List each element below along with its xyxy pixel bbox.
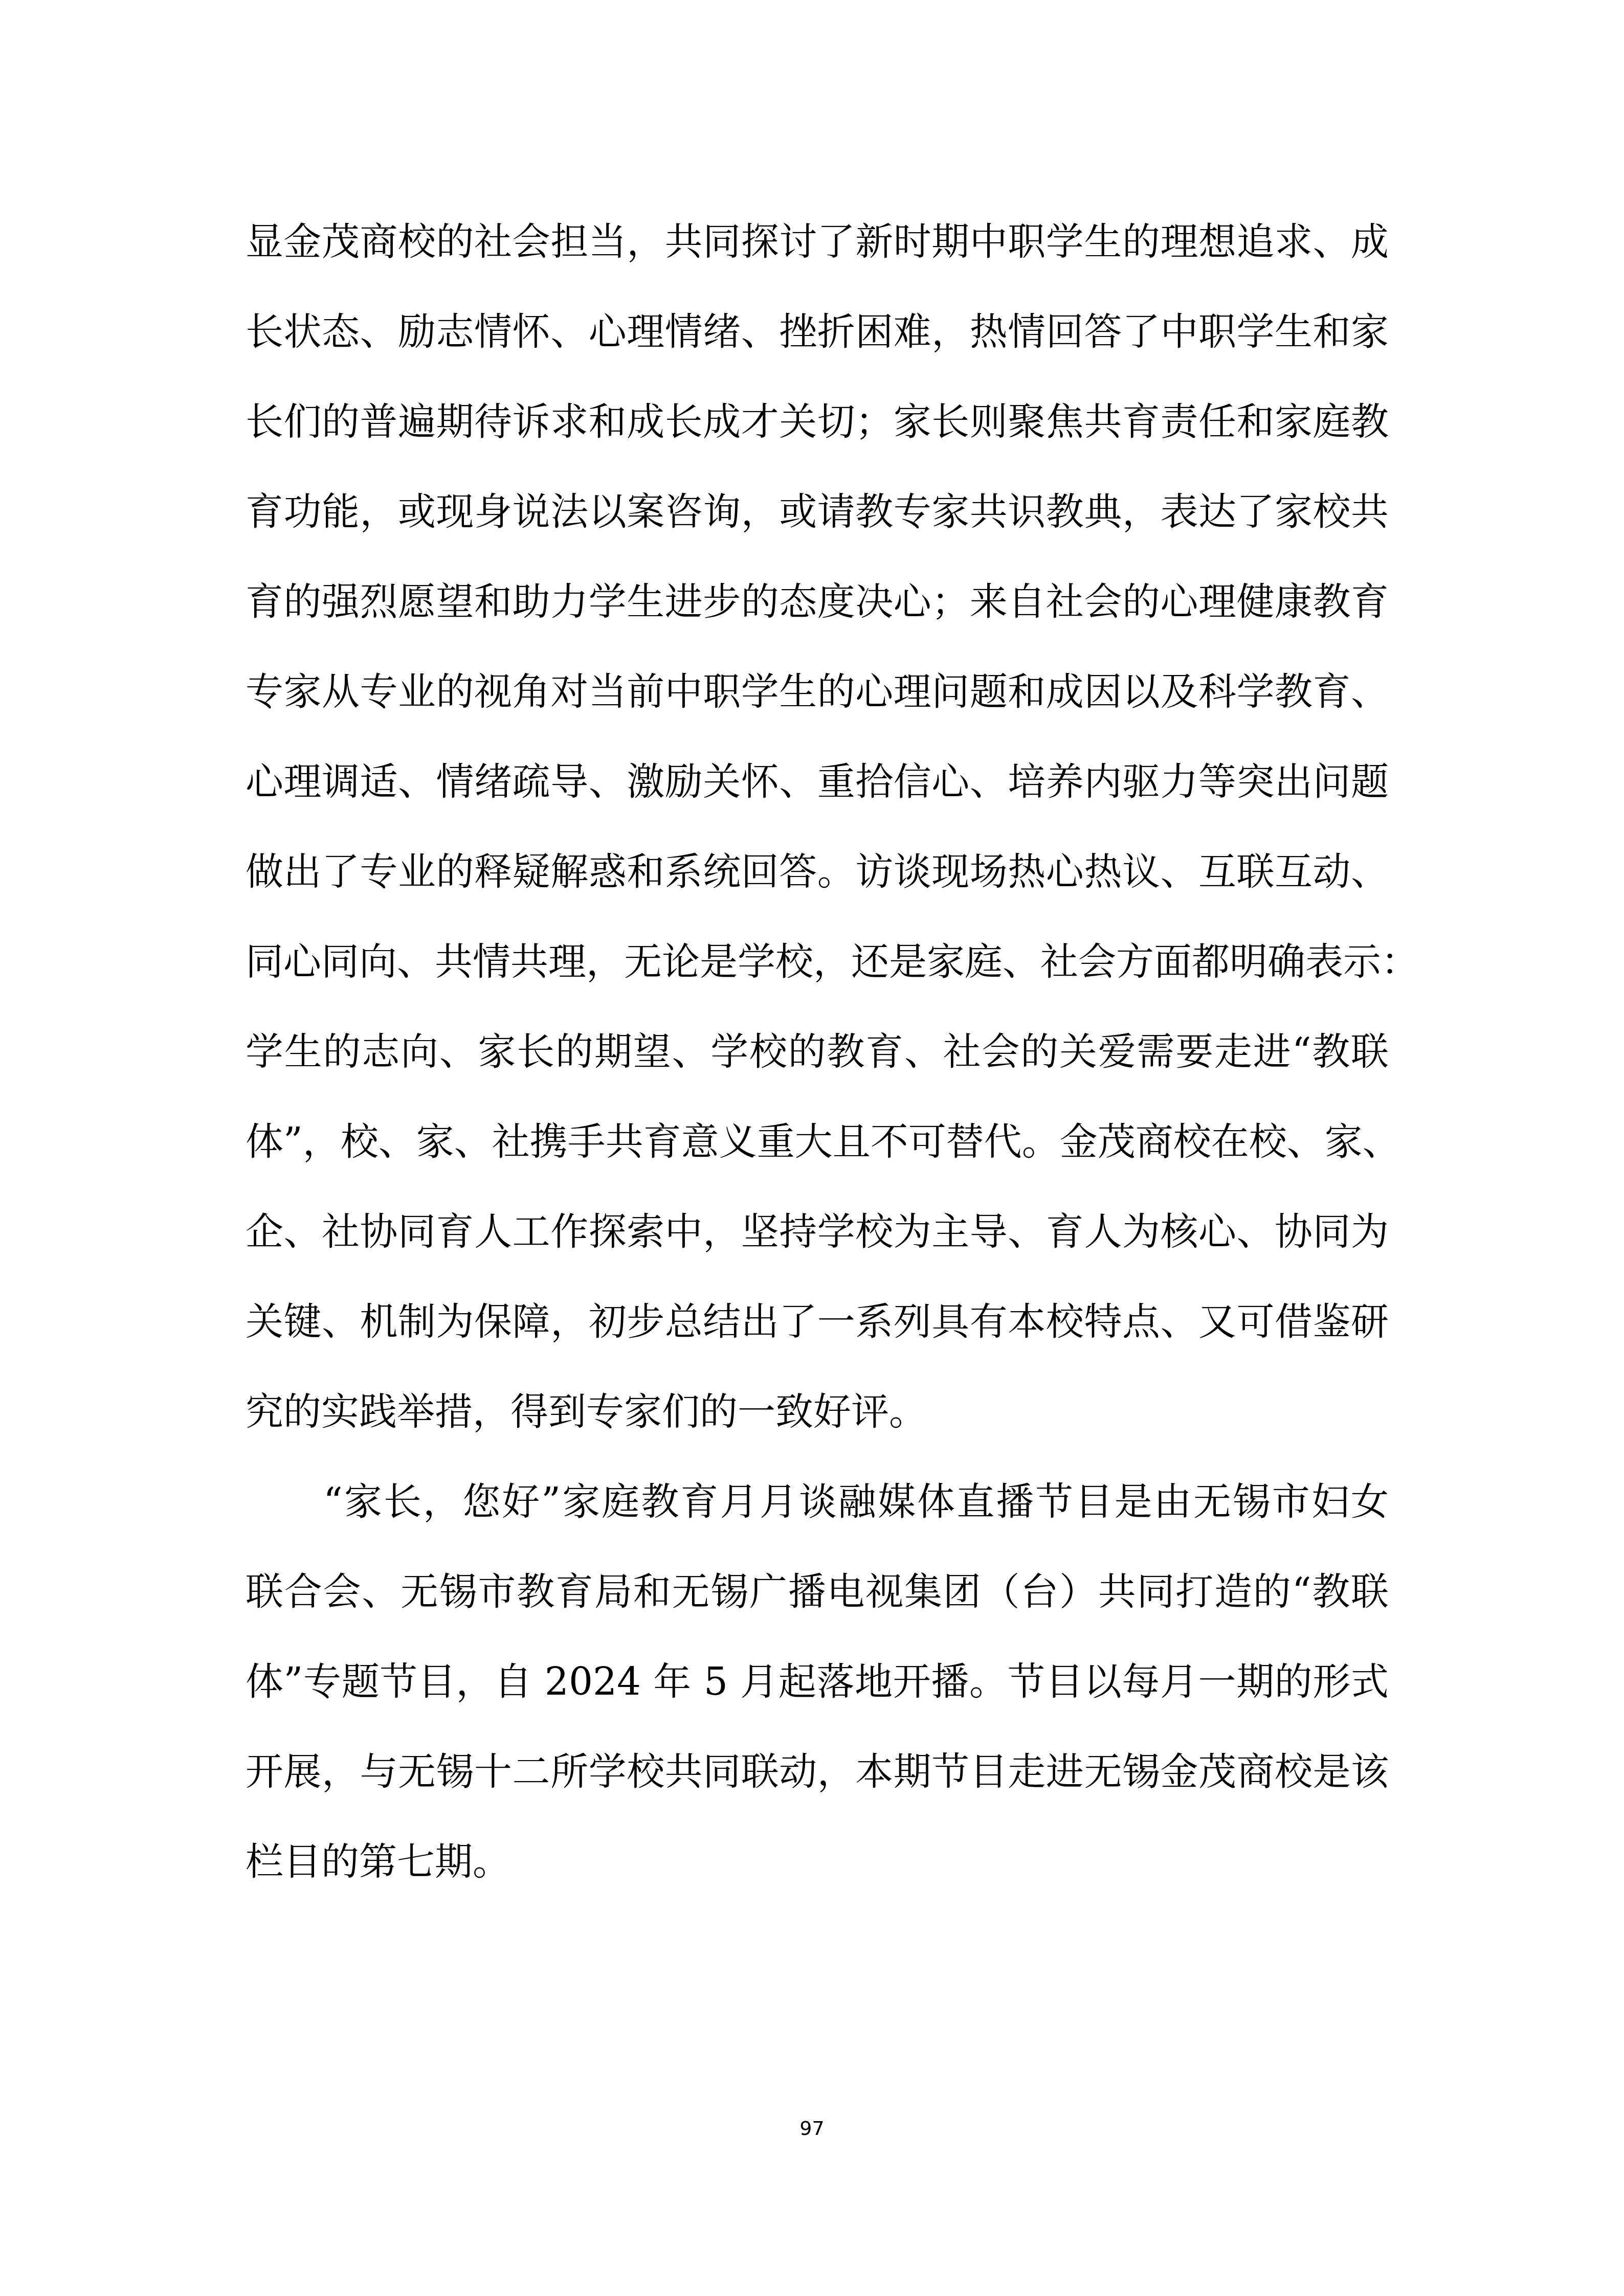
text-line: 究的实践举措，得到专家们的一致好评。 [246, 1367, 1389, 1457]
text-line: 长状态、励志情怀、心理情绪、挫折困难，热情回答了中职学生和家 [246, 287, 1389, 377]
text-line: 学生的志向、家长的期望、学校的教育、社会的关爱需要走进“教联 [246, 1007, 1389, 1097]
text-line: 体”，校、家、社携手共育意义重大且不可替代。金茂商校在校、家、 [246, 1097, 1389, 1187]
paragraph-1: 显金茂商校的社会担当，共同探讨了新时期中职学生的理想追求、成 长状态、励志情怀、… [246, 197, 1389, 1457]
text-line: “家长，您好”家庭教育月月谈融媒体直播节目是由无锡市妇女 [246, 1457, 1389, 1547]
text-line: 心理调适、情绪疏导、激励关怀、重拾信心、培养内驱力等突出问题 [246, 737, 1389, 827]
text-line: 同心同向、共情共理，无论是学校，还是家庭、社会方面都明确表示： [246, 917, 1389, 1007]
body-text: 显金茂商校的社会担当，共同探讨了新时期中职学生的理想追求、成 长状态、励志情怀、… [246, 197, 1389, 1907]
text-line: 专家从专业的视角对当前中职学生的心理问题和成因以及科学教育、 [246, 647, 1389, 737]
text-line: 长们的普遍期待诉求和成长成才关切；家长则聚焦共育责任和家庭教 [246, 377, 1389, 467]
text-line: 栏目的第七期。 [246, 1817, 1389, 1907]
text-line: 做出了专业的释疑解惑和系统回答。访谈现场热心热议、互联互动、 [246, 827, 1389, 917]
text-line: 联合会、无锡市教育局和无锡广播电视集团（台）共同打造的“教联 [246, 1547, 1389, 1637]
text-line: 育功能，或现身说法以案咨询，或请教专家共识教典，表达了家校共 [246, 467, 1389, 557]
page-number: 97 [0, 2117, 1624, 2140]
text-line: 育的强烈愿望和助力学生进步的态度决心；来自社会的心理健康教育 [246, 557, 1389, 647]
document-page: 显金茂商校的社会担当，共同探讨了新时期中职学生的理想追求、成 长状态、励志情怀、… [0, 0, 1624, 2296]
text-line: 关键、机制为保障，初步总结出了一系列具有本校特点、又可借鉴研 [246, 1277, 1389, 1367]
text-line: 企、社协同育人工作探索中，坚持学校为主导、育人为核心、协同为 [246, 1187, 1389, 1277]
text-line: 显金茂商校的社会担当，共同探讨了新时期中职学生的理想追求、成 [246, 197, 1389, 287]
paragraph-2: “家长，您好”家庭教育月月谈融媒体直播节目是由无锡市妇女 联合会、无锡市教育局和… [246, 1457, 1389, 1907]
text-line: 体”专题节目，自 2024 年 5 月起落地开播。节目以每月一期的形式 [246, 1637, 1389, 1727]
text-line: 开展，与无锡十二所学校共同联动，本期节目走进无锡金茂商校是该 [246, 1727, 1389, 1817]
